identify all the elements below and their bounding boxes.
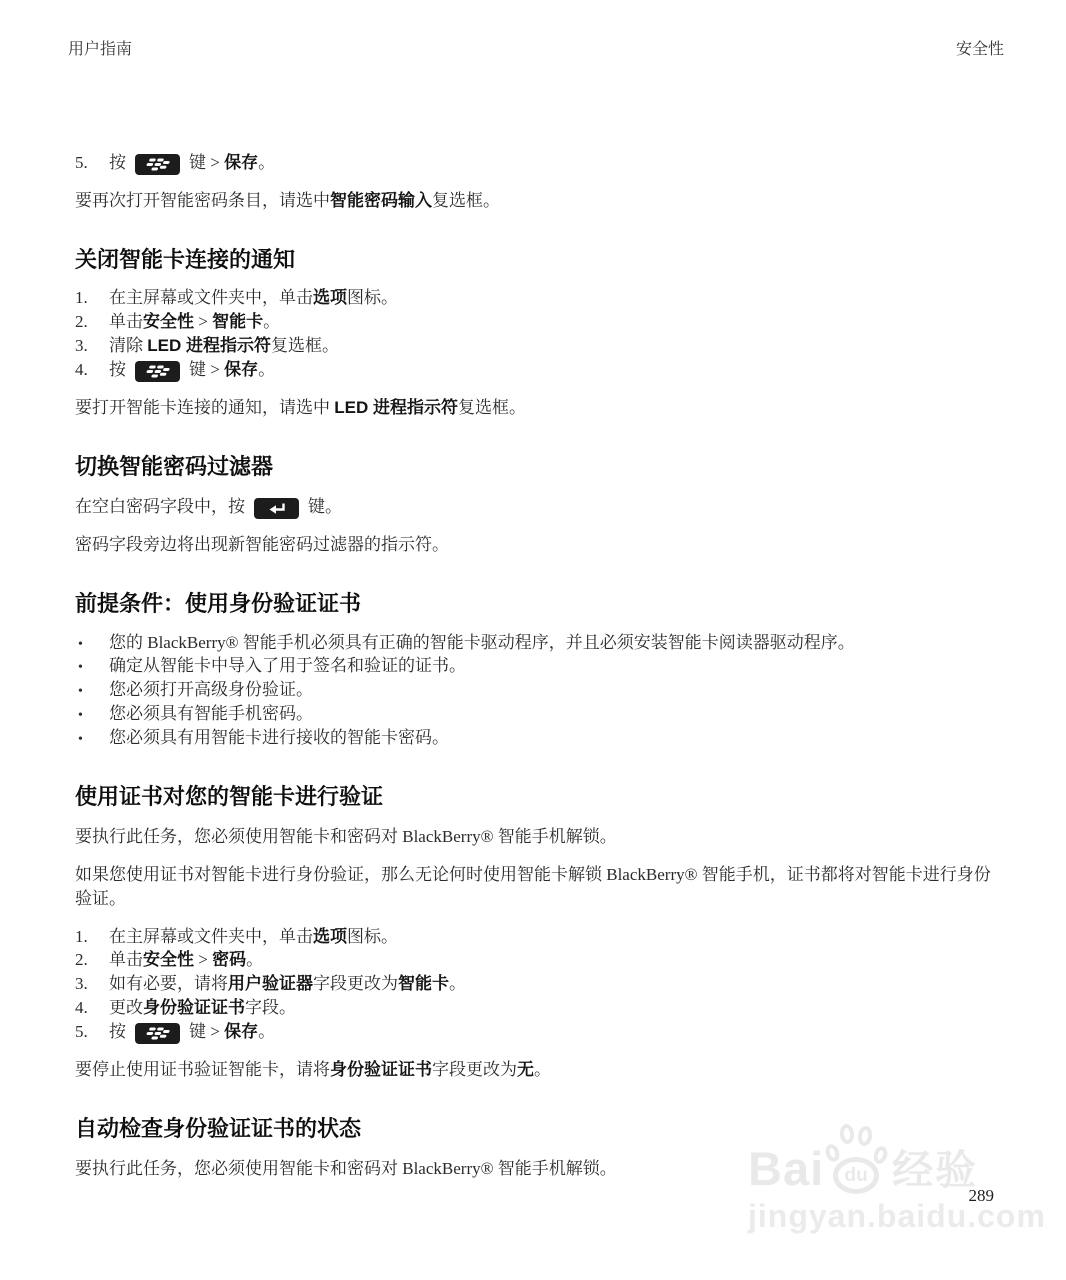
- header-right-section: 安全性: [956, 36, 1004, 59]
- paragraph: 要打开智能卡连接的通知，请选中 LED 进程指示符复选框。: [75, 396, 994, 420]
- numbered-step: 4.按键 > 保存。: [75, 358, 994, 382]
- text-run: 图标。: [347, 927, 398, 946]
- text-run: 键 >: [189, 1022, 224, 1041]
- bullet-item: •您必须打开高级身份验证。: [75, 678, 994, 702]
- text-run: 要停止使用证书验证智能卡，请将: [75, 1060, 330, 1079]
- list-item-text: 您必须打开高级身份验证。: [109, 678, 994, 702]
- bold-term: 用户验证器: [228, 974, 313, 993]
- page-number: 289: [969, 1186, 995, 1206]
- watermark-logo: Bai du 经验: [748, 1122, 1018, 1192]
- paragraph: 要执行此任务，您必须使用智能卡和密码对 BlackBerry® 智能手机解锁。: [75, 825, 994, 849]
- text-run: 。: [258, 360, 275, 379]
- text-run: 。: [258, 153, 275, 172]
- text-run: 复选框。: [271, 336, 339, 355]
- text-run: 键 >: [189, 153, 224, 172]
- text-run: >: [194, 950, 212, 969]
- bold-term: 选项: [313, 927, 347, 946]
- list-item-text: 更改身份验证证书字段。: [109, 996, 994, 1020]
- text-run: 键 >: [189, 360, 224, 379]
- text-run: 要打开智能卡连接的通知，请选中: [75, 398, 334, 417]
- paragraph: 在空白密码字段中，按键。: [75, 495, 994, 519]
- bold-term: 智能密码输入: [330, 191, 432, 210]
- bold-term: 身份验证证书: [330, 1060, 432, 1079]
- list-item-text: 按键 > 保存。: [109, 151, 994, 175]
- step-number: 1.: [75, 925, 109, 949]
- text-run: 要执行此任务，您必须使用智能卡和密码对 BlackBerry® 智能手机解锁。: [75, 827, 617, 846]
- text-run: 。: [449, 974, 466, 993]
- text-run: 单击: [109, 950, 143, 969]
- text-run: 您必须打开高级身份验证。: [109, 680, 313, 699]
- numbered-step: 3.如有必要，请将用户验证器字段更改为智能卡。: [75, 972, 994, 996]
- list-item-text: 单击安全性 > 密码。: [109, 948, 994, 972]
- numbered-step: 2.单击安全性 > 密码。: [75, 948, 994, 972]
- bold-term: 智能卡: [212, 312, 263, 331]
- list-item-text: 按键 > 保存。: [109, 358, 994, 382]
- list-item-text: 按键 > 保存。: [109, 1020, 994, 1044]
- blackberry-menu-key-icon: [135, 1023, 180, 1044]
- text-run: 。: [534, 1060, 551, 1079]
- list-item-text: 在主屏幕或文件夹中，单击选项图标。: [109, 286, 994, 310]
- text-run: 在主屏幕或文件夹中，单击: [109, 927, 313, 946]
- enter-key-icon: [254, 498, 299, 519]
- paragraph: 如果您使用证书对智能卡进行身份验证，那么无论何时使用智能卡解锁 BlackBer…: [75, 863, 994, 911]
- bullet-item: •确定从智能卡中导入了用于签名和验证的证书。: [75, 654, 994, 678]
- document-page: 用户指南 安全性 5.按键 > 保存。要再次打开智能密码条目，请选中智能密码输入…: [0, 0, 1066, 1280]
- baidu-paw-icon: du: [826, 1122, 888, 1194]
- step-number: 4.: [75, 358, 109, 382]
- step-number: 2.: [75, 948, 109, 972]
- bold-term: 智能卡: [398, 974, 449, 993]
- text-run: 更改: [109, 998, 143, 1017]
- numbered-step: 3.清除 LED 进程指示符复选框。: [75, 334, 994, 358]
- list-item-text: 如有必要，请将用户验证器字段更改为智能卡。: [109, 972, 994, 996]
- text-run: 。: [246, 950, 263, 969]
- text-run: 在空白密码字段中，按: [75, 497, 245, 516]
- text-run: 清除: [109, 336, 147, 355]
- paragraph: 要停止使用证书验证智能卡，请将身份验证证书字段更改为无。: [75, 1058, 994, 1082]
- step-number: 1.: [75, 286, 109, 310]
- text-run: 按: [109, 1022, 126, 1041]
- bold-term: 保存: [224, 360, 258, 379]
- header-left-title: 用户指南: [68, 36, 132, 59]
- bold-term: 安全性: [143, 312, 194, 331]
- text-run: 键。: [308, 497, 342, 516]
- text-run: 图标。: [347, 288, 398, 307]
- text-run: 您必须具有用智能卡进行接收的智能卡密码。: [109, 728, 449, 747]
- text-run: 您必须具有智能手机密码。: [109, 704, 313, 723]
- bullet-marker: •: [75, 730, 109, 750]
- numbered-step: 1.在主屏幕或文件夹中，单击选项图标。: [75, 925, 994, 949]
- bold-term: 保存: [224, 1022, 258, 1041]
- text-run: 按: [109, 360, 126, 379]
- text-run: 复选框。: [458, 398, 526, 417]
- page-header: 用户指南 安全性: [0, 0, 1066, 59]
- section-heading: 关闭智能卡连接的通知: [75, 246, 994, 275]
- step-number: 3.: [75, 972, 109, 996]
- step-number: 3.: [75, 334, 109, 358]
- numbered-step: 2.单击安全性 > 智能卡。: [75, 310, 994, 334]
- numbered-step: 1.在主屏幕或文件夹中，单击选项图标。: [75, 286, 994, 310]
- watermark-text-bai: Bai: [748, 1145, 824, 1192]
- paragraph: 要再次打开智能密码条目，请选中智能密码输入复选框。: [75, 189, 994, 213]
- text-run: 密码字段旁边将出现新智能密码过滤器的指示符。: [75, 535, 449, 554]
- document-content: 5.按键 > 保存。要再次打开智能密码条目，请选中智能密码输入复选框。关闭智能卡…: [0, 151, 1066, 1181]
- list-item-text: 清除 LED 进程指示符复选框。: [109, 334, 994, 358]
- bullet-item: •您必须具有智能手机密码。: [75, 702, 994, 726]
- text-run: 如果您使用证书对智能卡进行身份验证，那么无论何时使用智能卡解锁 BlackBer…: [75, 865, 991, 908]
- watermark-text-jingyan: 经验: [892, 1149, 978, 1192]
- numbered-step-list: 5.按键 > 保存。: [75, 151, 994, 175]
- numbered-step: 5.按键 > 保存。: [75, 151, 994, 175]
- numbered-step-list: 1.在主屏幕或文件夹中，单击选项图标。2.单击安全性 > 智能卡。3.清除 LE…: [75, 286, 994, 381]
- bold-term: 选项: [313, 288, 347, 307]
- bullet-item: •您必须具有用智能卡进行接收的智能卡密码。: [75, 726, 994, 750]
- bullet-marker: •: [75, 682, 109, 702]
- text-run: 字段更改为: [313, 974, 398, 993]
- bold-term: 密码: [212, 950, 246, 969]
- text-run: 如有必要，请将: [109, 974, 228, 993]
- list-item-text: 您必须具有用智能卡进行接收的智能卡密码。: [109, 726, 994, 750]
- list-item-text: 单击安全性 > 智能卡。: [109, 310, 994, 334]
- numbered-step: 5.按键 > 保存。: [75, 1020, 994, 1044]
- numbered-step-list: 1.在主屏幕或文件夹中，单击选项图标。2.单击安全性 > 密码。3.如有必要，请…: [75, 925, 994, 1044]
- bold-term: LED 进程指示符: [147, 336, 271, 355]
- section-heading: 前提条件：使用身份验证证书: [75, 590, 994, 619]
- baidu-jingyan-watermark: Bai du 经验 jingyan.baidu.com: [748, 1122, 1018, 1235]
- watermark-text-du: du: [845, 1165, 868, 1187]
- numbered-step: 4.更改身份验证证书字段。: [75, 996, 994, 1020]
- paragraph: 密码字段旁边将出现新智能密码过滤器的指示符。: [75, 533, 994, 557]
- text-run: 您的 BlackBerry® 智能手机必须具有正确的智能卡驱动程序，并且必须安装…: [109, 633, 855, 652]
- bold-term: 保存: [224, 153, 258, 172]
- list-item-text: 确定从智能卡中导入了用于签名和验证的证书。: [109, 654, 994, 678]
- text-run: 字段。: [245, 998, 296, 1017]
- list-item-text: 在主屏幕或文件夹中，单击选项图标。: [109, 925, 994, 949]
- text-run: >: [194, 312, 212, 331]
- list-item-text: 您的 BlackBerry® 智能手机必须具有正确的智能卡驱动程序，并且必须安装…: [109, 631, 994, 655]
- text-run: 确定从智能卡中导入了用于签名和验证的证书。: [109, 656, 466, 675]
- bullet-item: •您的 BlackBerry® 智能手机必须具有正确的智能卡驱动程序，并且必须安…: [75, 631, 994, 655]
- text-run: 要执行此任务，您必须使用智能卡和密码对 BlackBerry® 智能手机解锁。: [75, 1159, 617, 1178]
- bold-term: LED 进程指示符: [334, 398, 458, 417]
- text-run: 单击: [109, 312, 143, 331]
- text-run: 。: [263, 312, 280, 331]
- text-run: 要再次打开智能密码条目，请选中: [75, 191, 330, 210]
- bold-term: 身份验证证书: [143, 998, 245, 1017]
- blackberry-menu-key-icon: [135, 361, 180, 382]
- bold-term: 安全性: [143, 950, 194, 969]
- bullet-list: •您的 BlackBerry® 智能手机必须具有正确的智能卡驱动程序，并且必须安…: [75, 631, 994, 750]
- text-run: 。: [258, 1022, 275, 1041]
- section-heading: 切换智能密码过滤器: [75, 453, 994, 482]
- step-number: 5.: [75, 151, 109, 175]
- bullet-marker: •: [75, 658, 109, 678]
- text-run: 按: [109, 153, 126, 172]
- step-number: 2.: [75, 310, 109, 334]
- blackberry-menu-key-icon: [135, 154, 180, 175]
- bullet-marker: •: [75, 706, 109, 726]
- step-number: 5.: [75, 1020, 109, 1044]
- text-run: 在主屏幕或文件夹中，单击: [109, 288, 313, 307]
- bold-term: 无: [517, 1060, 534, 1079]
- list-item-text: 您必须具有智能手机密码。: [109, 702, 994, 726]
- bullet-marker: •: [75, 635, 109, 655]
- text-run: 复选框。: [432, 191, 500, 210]
- step-number: 4.: [75, 996, 109, 1020]
- section-heading: 使用证书对您的智能卡进行验证: [75, 783, 994, 812]
- text-run: 字段更改为: [432, 1060, 517, 1079]
